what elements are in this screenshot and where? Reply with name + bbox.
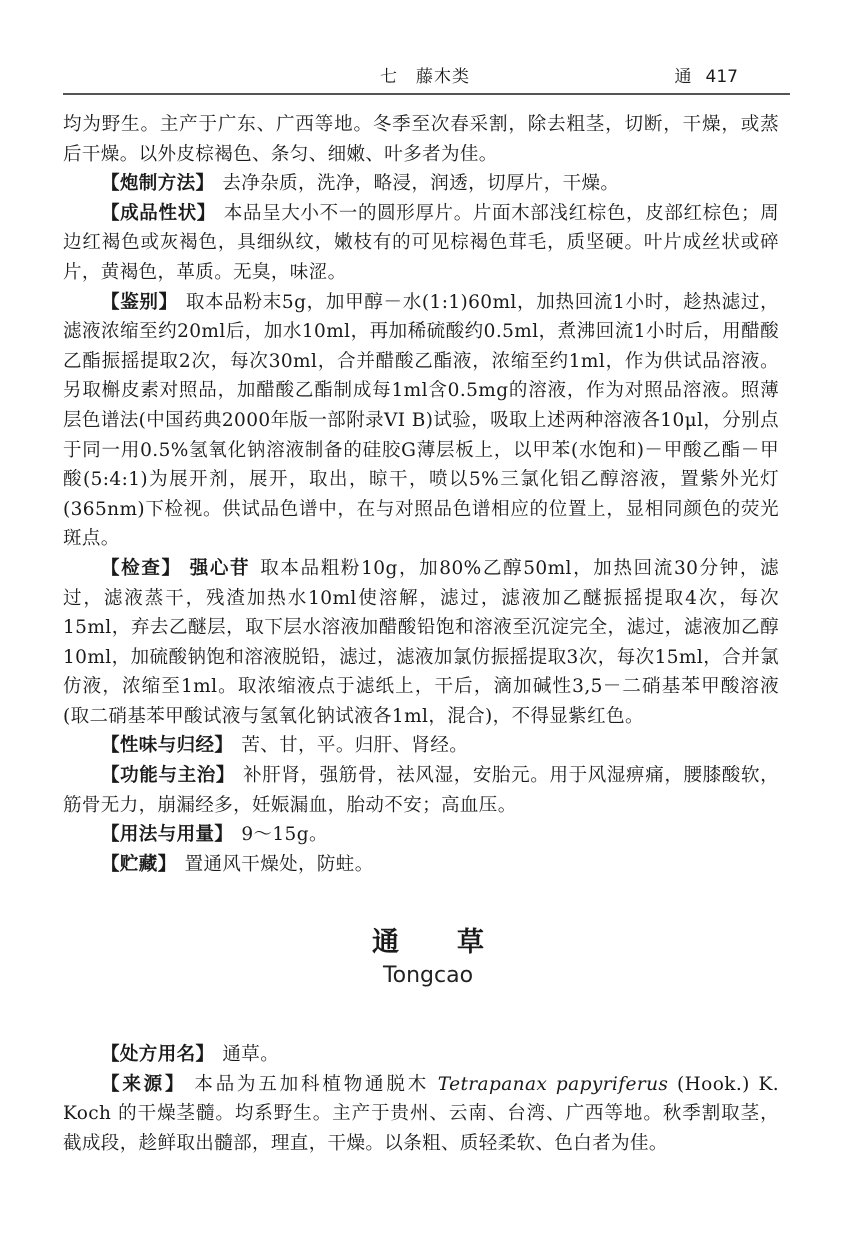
header-rule [63, 93, 790, 95]
function-label: 【功能与主治】 [101, 765, 235, 786]
source-text-before: 本品为五加科植物通脱木 [194, 1074, 429, 1095]
appearance-paragraph: 【成品性状】本品呈大小不一的圆形厚片。片面木部浅红棕色，皮部红棕色；周边红褐色或… [63, 199, 779, 288]
prescription-name-label: 【处方用名】 [101, 1044, 214, 1065]
nature-paragraph: 【性味与归经】苦、甘，平。归肝、肾经。 [63, 731, 779, 761]
source-label: 【来源】 [101, 1074, 186, 1095]
appearance-label: 【成品性状】 [101, 203, 216, 224]
entry-title-pinyin: Tongcao [0, 963, 856, 988]
processing-label: 【炮制方法】 [101, 173, 214, 194]
chapter-number: 七 [380, 67, 398, 87]
nature-label: 【性味与归经】 [101, 735, 233, 756]
title-char-1: 通 [372, 927, 399, 958]
storage-paragraph: 【贮藏】置通风干燥处，防蛀。 [63, 850, 779, 880]
dosage-paragraph: 【用法与用量】9～15g。 [63, 820, 779, 850]
running-header: 七藤木类 通417 [63, 62, 790, 94]
latin-name: Tetrapanax papyriferus [438, 1074, 669, 1095]
source-paragraph: 【来源】本品为五加科植物通脱木 Tetrapanax papyriferus (… [63, 1070, 779, 1159]
function-paragraph: 【功能与主治】补肝肾，强筋骨，祛风湿，安胎元。用于风湿痹痛，腰膝酸软，筋骨无力，… [63, 761, 779, 820]
entry-body-continued: 均为野生。主产于广东、广西等地。冬季至次春采割，除去粗茎，切断，干燥，或蒸后干燥… [63, 110, 779, 879]
nature-text: 苦、甘，平。归肝、肾经。 [241, 735, 468, 756]
source-continuation: 均为野生。主产于广东、广西等地。冬季至次春采割，除去粗茎，切断，干燥，或蒸后干燥… [63, 110, 779, 169]
identification-label: 【鉴别】 [101, 292, 178, 313]
entry-title-chinese: 通草 [0, 920, 856, 959]
chapter-title: 藤木类 [416, 67, 470, 87]
page-marker: 通417 [675, 62, 738, 87]
page-number: 417 [706, 67, 738, 87]
dosage-label: 【用法与用量】 [101, 824, 233, 845]
processing-paragraph: 【炮制方法】去净杂质，洗净，略浸，润透，切厚片，干燥。 [63, 169, 779, 199]
prescription-name-paragraph: 【处方用名】通草。 [63, 1040, 779, 1070]
chapter-heading: 七藤木类 [380, 62, 470, 87]
inspection-paragraph: 【检查】强心苷取本品粗粉10g，加80%乙醇50ml，加热回流30分钟，滤过，滤… [63, 554, 779, 732]
inspection-label: 【检查】 [101, 558, 182, 579]
title-char-2: 草 [457, 927, 484, 958]
prescription-name-text: 通草。 [222, 1044, 279, 1065]
identification-text: 取本品粉末5g，加甲醇－水(1:1)60ml，加热回流1小时，趁热滤过，滤液浓缩… [63, 292, 779, 550]
entry-title: 通草 Tongcao [0, 920, 856, 988]
inspection-text: 取本品粗粉10g，加80%乙醇50ml，加热回流30分钟，滤过，滤液蒸干，残渣加… [63, 558, 779, 727]
storage-text: 置通风干燥处，防蛀。 [185, 854, 374, 875]
entry-body-tongcao: 【处方用名】通草。 【来源】本品为五加科植物通脱木 Tetrapanax pap… [63, 1040, 779, 1158]
book-page: 七藤木类 通417 均为野生。主产于广东、广西等地。冬季至次春采割，除去粗茎，切… [0, 0, 856, 1239]
inspection-sublabel: 强心苷 [190, 558, 251, 579]
entry-char: 通 [675, 67, 692, 87]
storage-label: 【贮藏】 [101, 854, 177, 875]
identification-paragraph: 【鉴别】取本品粉末5g，加甲醇－水(1:1)60ml，加热回流1小时，趁热滤过，… [63, 288, 779, 554]
dosage-text: 9～15g。 [241, 824, 328, 845]
processing-text: 去净杂质，洗净，略浸，润透，切厚片，干燥。 [222, 173, 619, 194]
